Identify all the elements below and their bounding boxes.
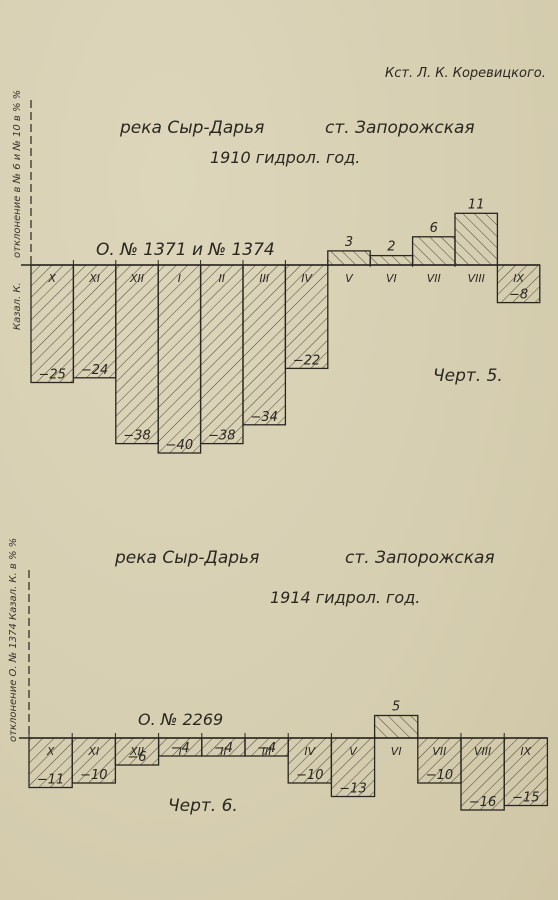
- svg-text:6: 6: [430, 221, 438, 236]
- svg-text:−38: −38: [123, 429, 150, 444]
- svg-text:VI: VI: [386, 272, 397, 285]
- chart1-plot: X−25XI−24XII−38I−40II−38III−34IV−22V3VI2…: [0, 0, 558, 900]
- svg-text:−24: −24: [81, 363, 108, 378]
- bar-XII: [116, 265, 158, 444]
- svg-text:−15: −15: [512, 791, 539, 806]
- svg-text:5: 5: [392, 700, 400, 715]
- svg-text:−34: −34: [250, 410, 277, 425]
- chart1-bars: X−25XI−24XII−38I−40II−38III−34IV−22V3VI2…: [21, 100, 540, 453]
- svg-text:−6: −6: [127, 750, 146, 765]
- svg-text:−11: −11: [37, 773, 64, 788]
- bar-I: [158, 265, 200, 453]
- svg-text:−10: −10: [296, 768, 323, 783]
- svg-text:IX: IX: [513, 272, 524, 285]
- svg-text:−4: −4: [214, 741, 233, 756]
- bar-VI: [370, 256, 412, 265]
- bar-VII: [413, 237, 455, 265]
- bar-VIII: [455, 213, 497, 265]
- svg-text:2: 2: [387, 240, 395, 255]
- svg-text:III: III: [259, 272, 269, 285]
- bar-VI: [375, 716, 418, 739]
- svg-text:XI: XI: [88, 272, 100, 285]
- bar-III: [243, 265, 285, 425]
- svg-text:IV: IV: [301, 272, 313, 285]
- svg-text:−16: −16: [469, 795, 496, 810]
- svg-text:−4: −4: [171, 741, 190, 756]
- svg-text:−22: −22: [293, 353, 320, 368]
- svg-text:IV: IV: [304, 745, 316, 758]
- svg-text:V: V: [345, 272, 354, 285]
- svg-text:X: X: [46, 745, 55, 758]
- bar-II: [201, 265, 243, 444]
- svg-text:−25: −25: [38, 368, 65, 383]
- svg-text:VII: VII: [427, 272, 441, 285]
- svg-text:VI: VI: [391, 745, 402, 758]
- svg-text:3: 3: [345, 235, 353, 250]
- svg-text:X: X: [47, 272, 56, 285]
- svg-text:VII: VII: [432, 745, 446, 758]
- svg-text:XII: XII: [129, 272, 144, 285]
- svg-text:XI: XI: [87, 745, 99, 758]
- bar-V: [328, 251, 370, 265]
- svg-text:IX: IX: [520, 745, 531, 758]
- svg-text:II: II: [219, 272, 226, 285]
- svg-text:11: 11: [468, 197, 485, 212]
- svg-text:−40: −40: [166, 438, 193, 453]
- svg-text:VIII: VIII: [474, 745, 491, 758]
- svg-text:VIII: VIII: [468, 272, 485, 285]
- svg-text:−13: −13: [339, 782, 366, 797]
- svg-text:I: I: [178, 272, 181, 285]
- svg-text:−10: −10: [426, 768, 453, 783]
- svg-text:−38: −38: [208, 429, 235, 444]
- svg-text:−10: −10: [80, 768, 107, 783]
- svg-text:−4: −4: [257, 741, 276, 756]
- svg-text:−8: −8: [509, 288, 528, 303]
- chart2-bars: X−11XI−10XII−6I−4II−4III−4IV−10V−13VI5VI…: [19, 570, 547, 810]
